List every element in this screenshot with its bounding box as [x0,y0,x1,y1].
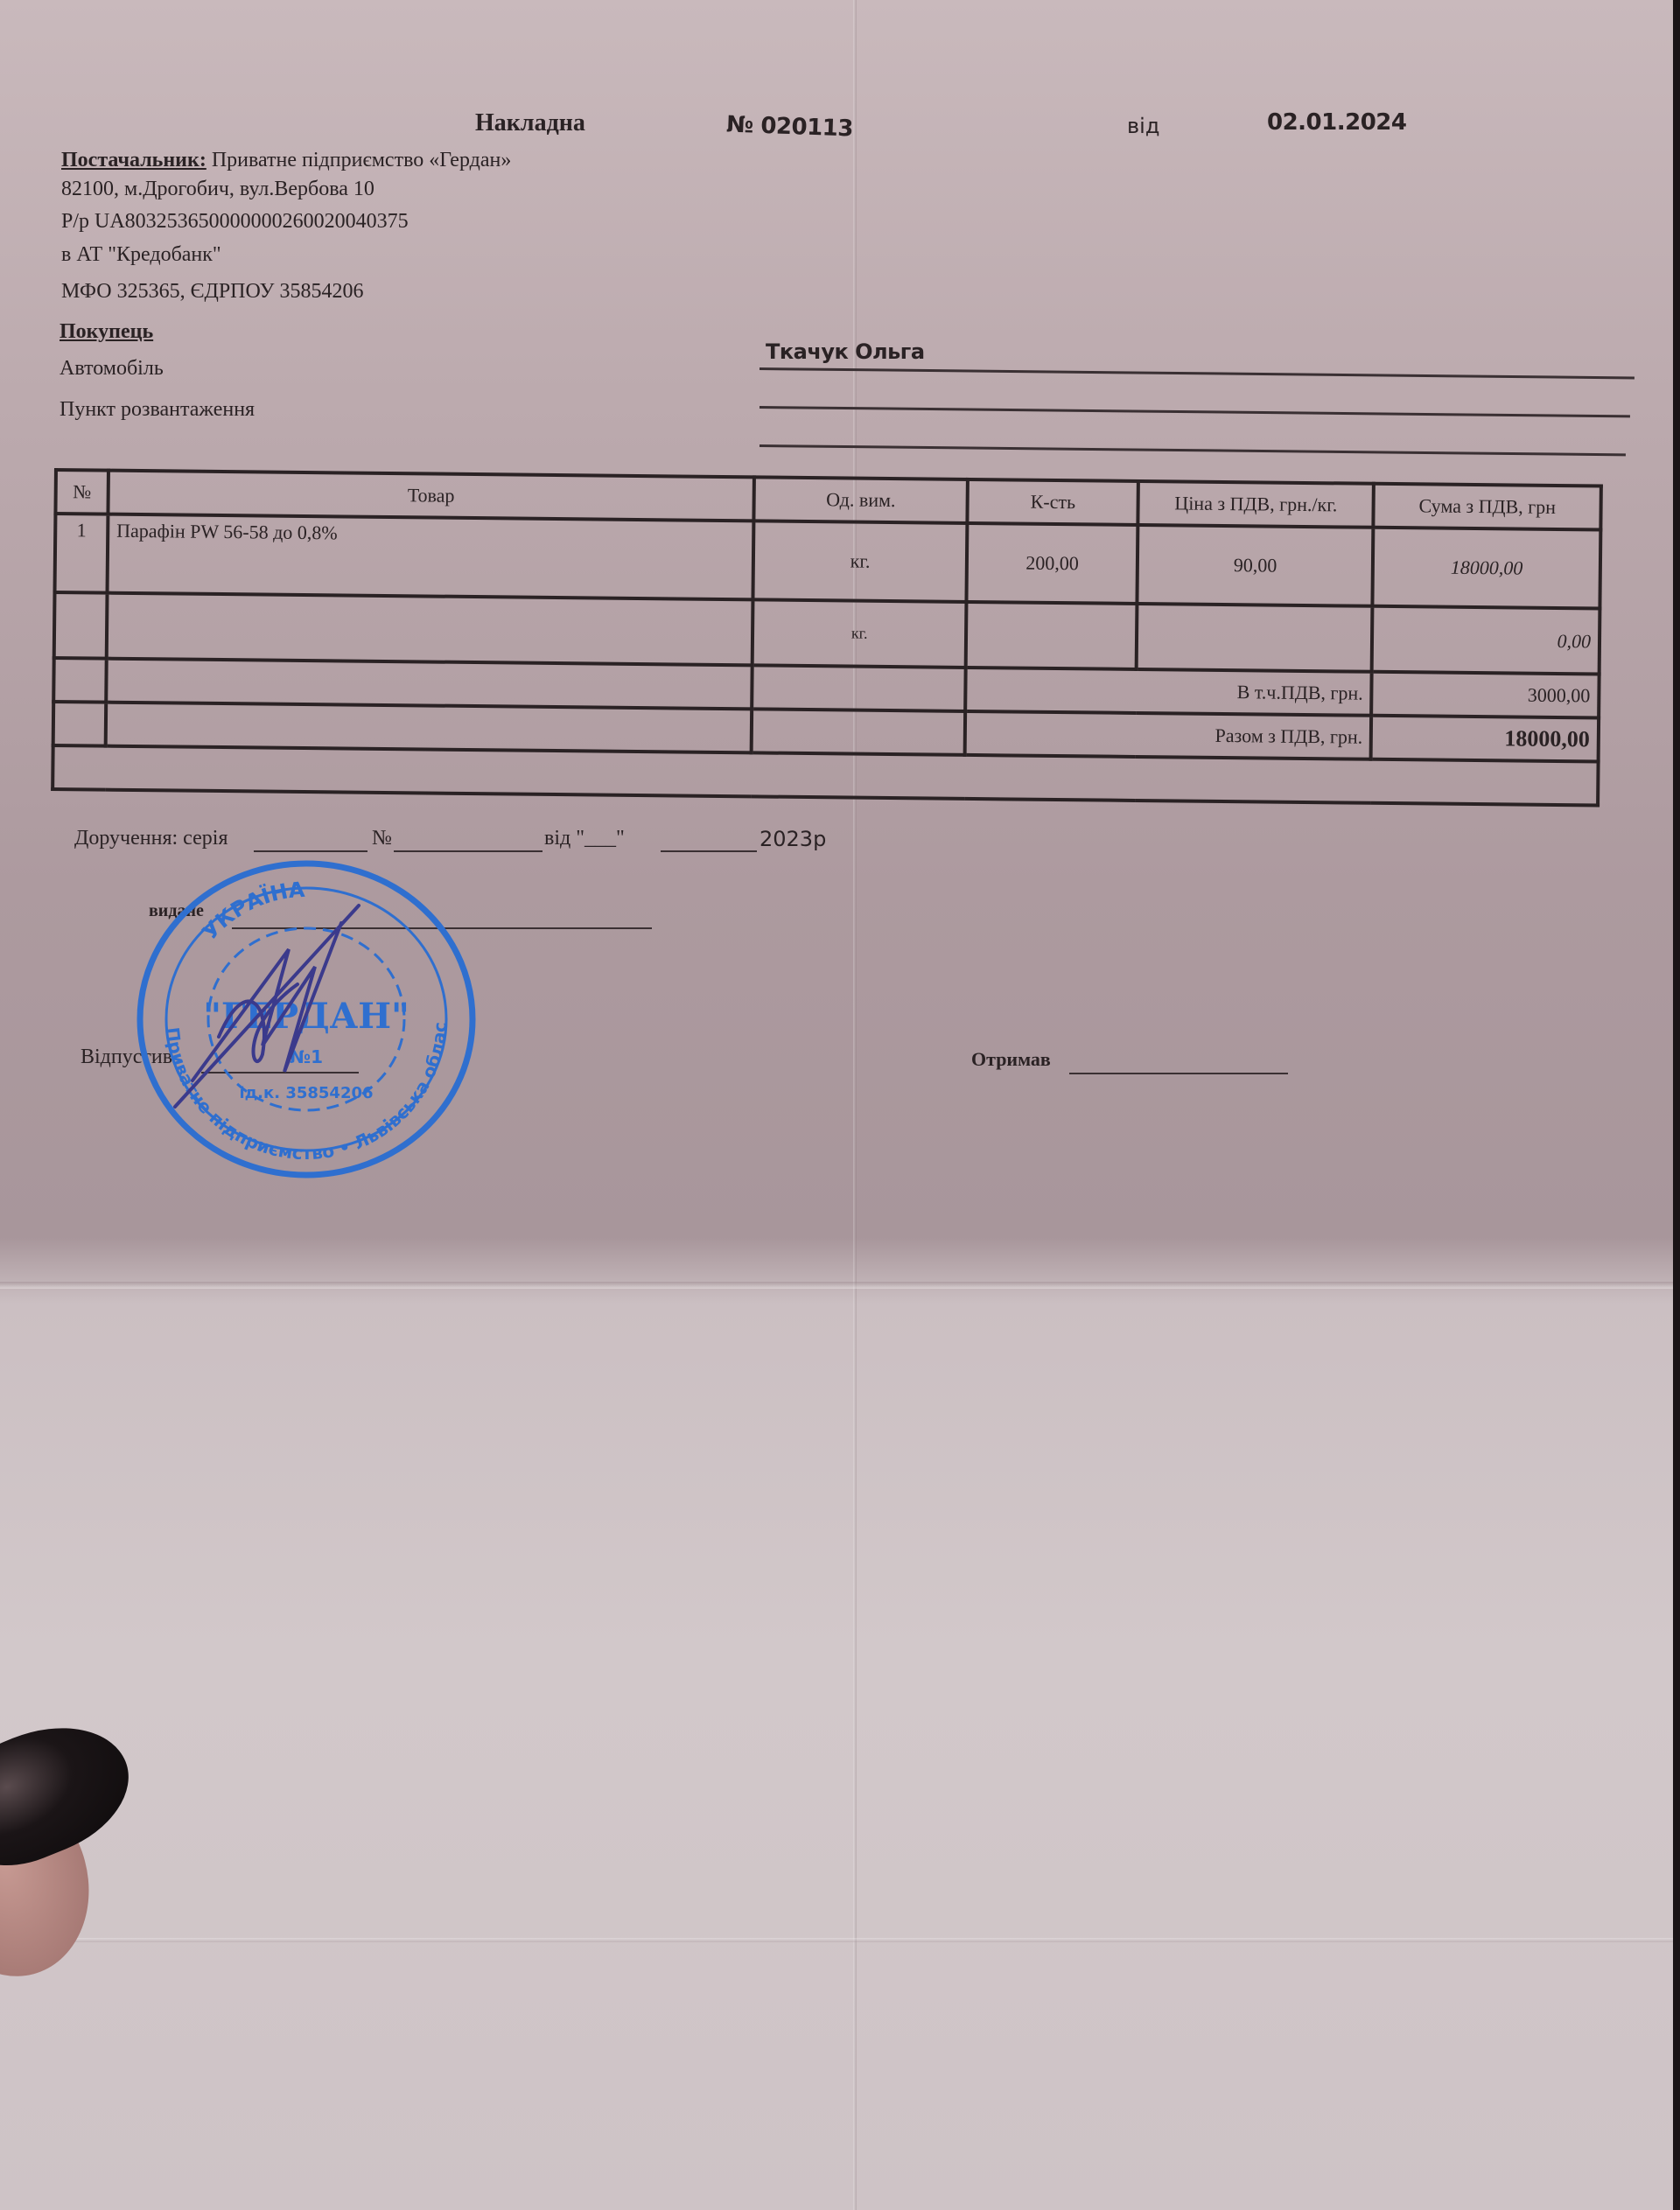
poa-label: Доручення: серія [74,827,227,850]
paper-fold-horizontal-lower [0,1938,1680,1942]
supplier-line: Постачальник: Приватне підприємство «Гер… [61,149,511,172]
invoice-table: № Товар Од. вим. К-сть Ціна з ПДВ, грн./… [51,468,1603,808]
total-value: 18000,00 [1371,716,1599,762]
paper-fold-vertical [853,0,857,2210]
date-label: від [1127,114,1159,138]
vat-value: 3000,00 [1372,672,1599,718]
supplier-bank: в АТ "Кредобанк" [61,243,221,267]
col-price: Ціна з ПДВ, грн./кг. [1137,481,1374,528]
col-unit: Од. вим. [753,477,968,523]
buyer-name: Ткачук Ольга [766,339,925,364]
row-item [107,593,753,666]
unload-line [759,444,1626,456]
received-label: Отримав [971,1048,1051,1071]
col-sum: Сума з ПДВ, грн [1374,484,1601,530]
vehicle-line [759,406,1630,417]
document-date: 02.01.2024 [1267,109,1406,136]
poa-year: 2023р [759,827,826,851]
received-signature-line [1069,1073,1288,1074]
row-sum: 0,00 [1372,606,1599,675]
supplier-account: Р/р UA803253650000000260020040375 [61,210,409,234]
row-price: 90,00 [1137,525,1373,606]
row-sum: 18000,00 [1373,528,1601,609]
row-no [54,592,108,659]
document-title: Накладна [475,109,585,137]
row-item: Парафін PW 56-58 до 0,8% [107,514,753,600]
document-number: № 020113 [726,111,854,142]
col-item: Товар [108,471,753,521]
col-no: № [55,470,108,514]
stamp-id-code: ід.к. 35854206 [239,1084,373,1102]
row-price [1137,604,1373,672]
supplier-label: Постачальник: [61,149,206,171]
row-qty: 200,00 [967,523,1138,604]
poa-no-line [394,850,542,852]
poa-series-line [254,850,367,852]
row-no: 1 [55,514,108,593]
photo-edge [1673,0,1680,2210]
supplier-address: 82100, м.Дрогобич, вул.Вербова 10 [61,178,374,201]
poa-from-label: від "___" [544,827,625,850]
col-qty: К-сть [968,479,1138,525]
poa-no-label: № [372,827,392,850]
vat-label: В т.ч.ПДВ, грн. [966,668,1373,716]
row-unit: кг. [752,521,967,602]
buyer-label: Покупець [59,320,153,344]
row-unit: кг. [752,599,967,668]
paper-fold-horizontal [0,1282,1680,1289]
supplier-name: Приватне підприємство «Гердан» [212,149,512,171]
supplier-codes: МФО 325365, ЄДРПОУ 35854206 [61,280,363,304]
vehicle-label: Автомобіль [59,357,164,381]
unload-label: Пункт розвантаження [59,398,255,422]
total-label: Разом з ПДВ, грн. [965,711,1372,759]
row-qty [966,602,1137,669]
buyer-name-line [759,367,1634,379]
poa-date-line [661,850,757,852]
company-stamp: УКРАЇНА Приватне підприємство • Львівськ… [131,853,481,1181]
